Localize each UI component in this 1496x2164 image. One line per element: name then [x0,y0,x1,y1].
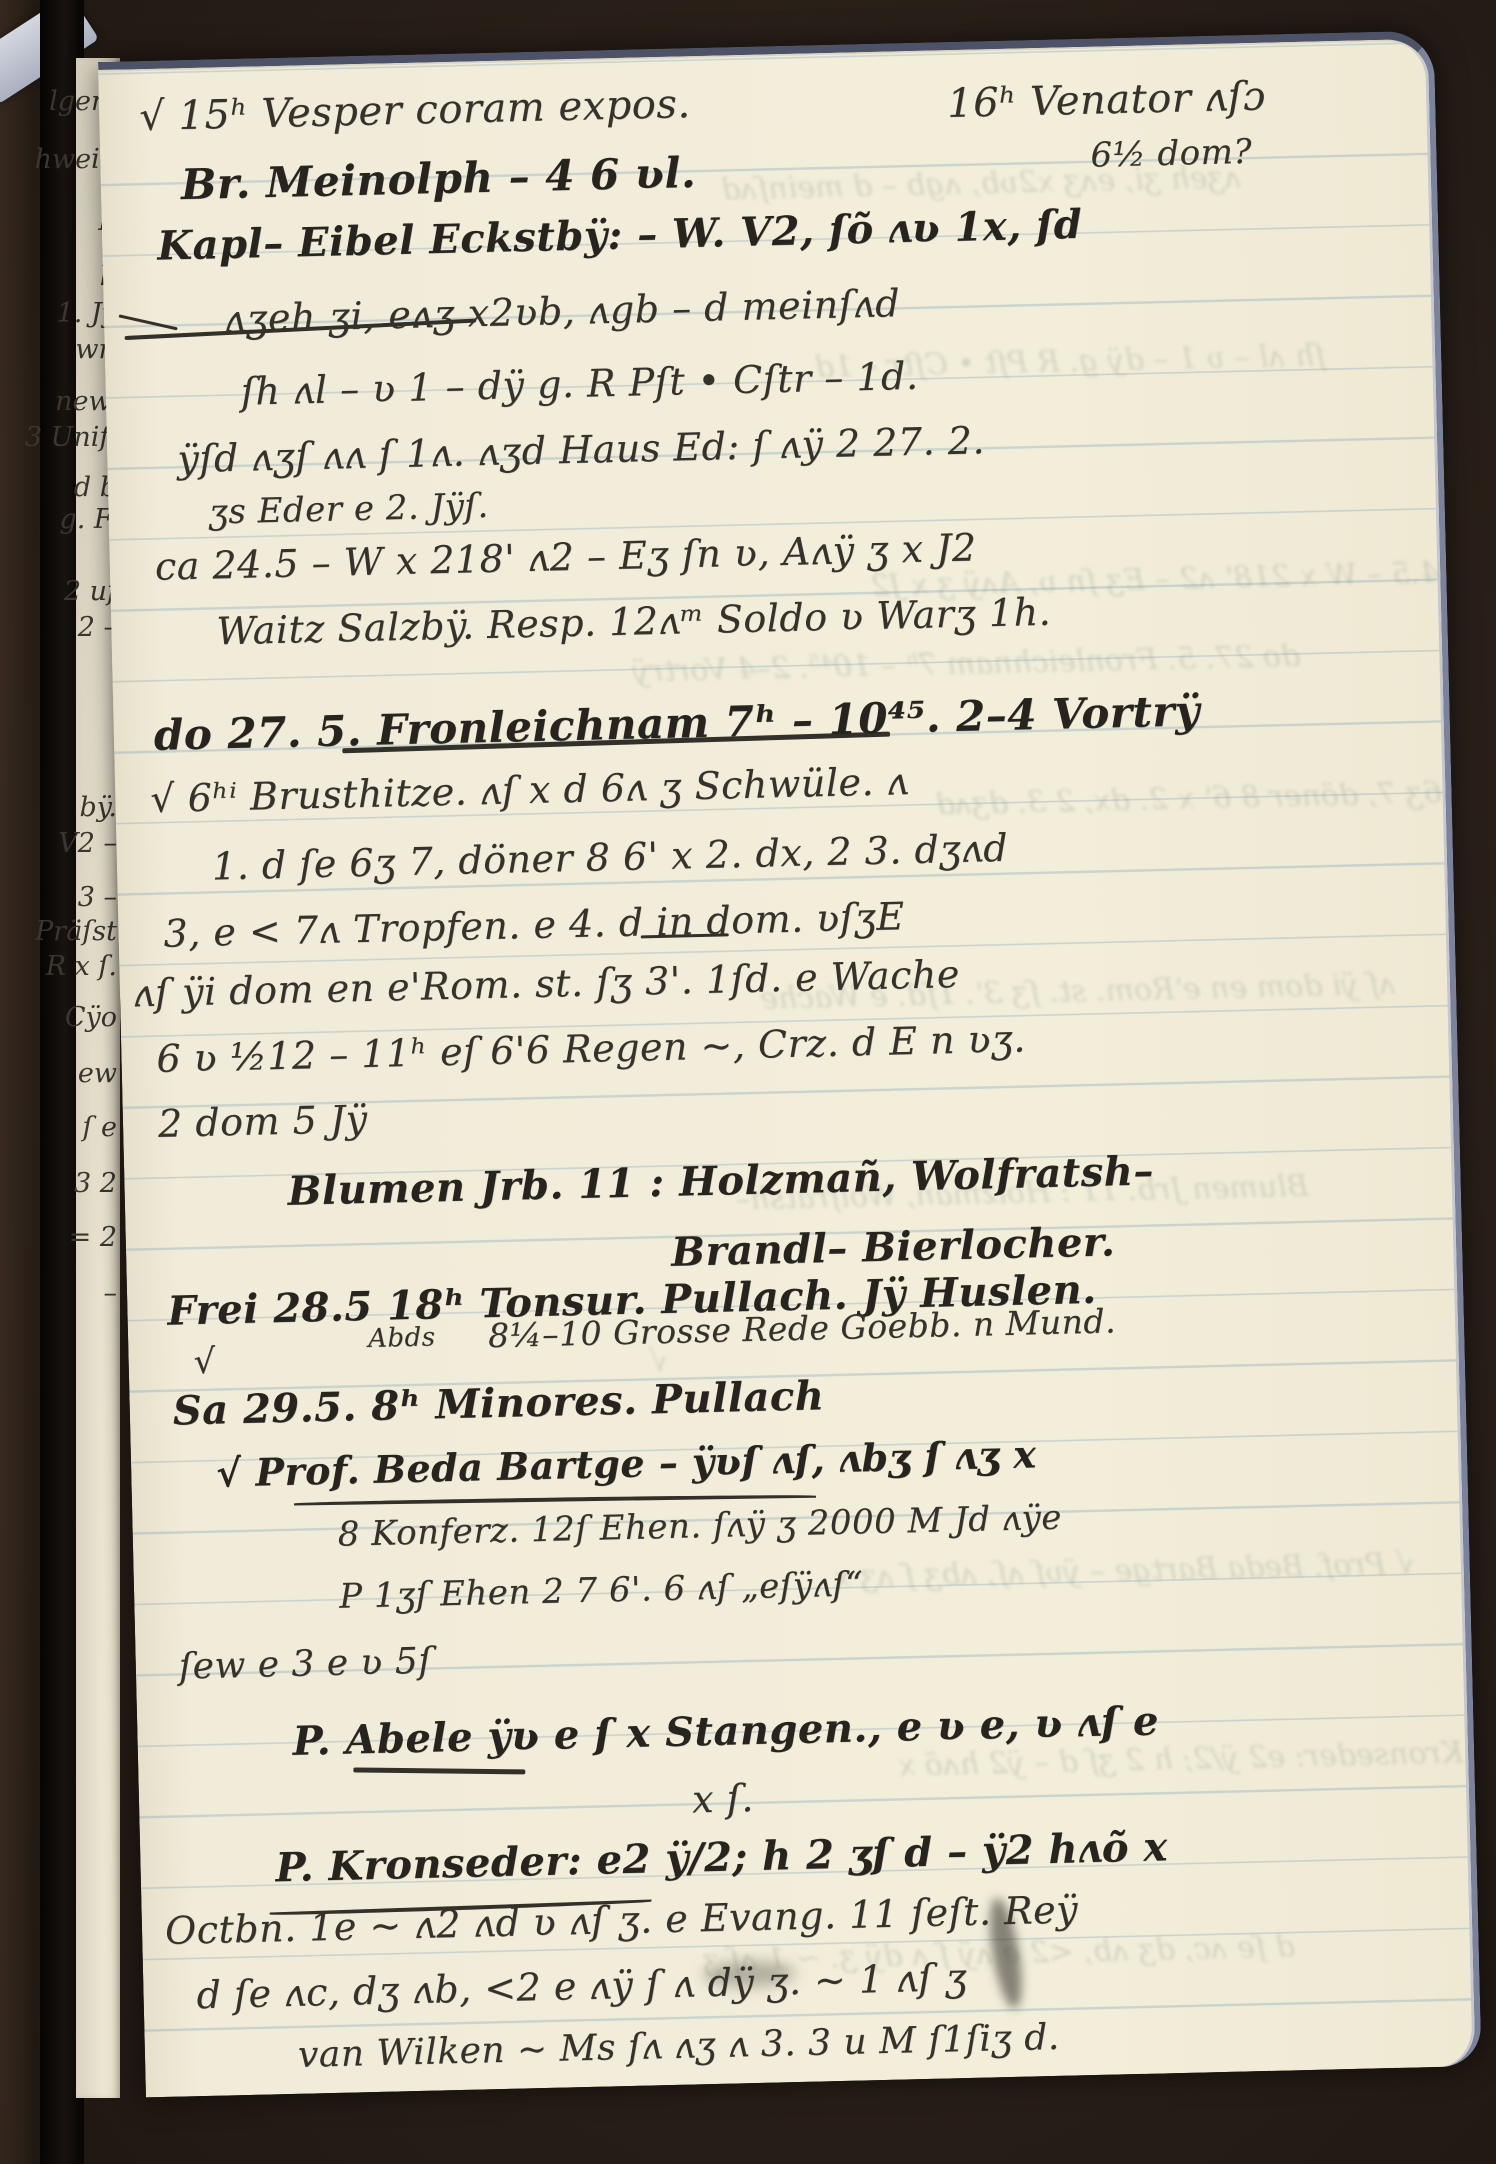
handwriting-line: ʌſ ÿi dom en e'Rom. st. ſʒ 3'. 1ſd. e Wa… [133,955,961,1012]
backdrop-streak [0,0,34,2164]
handwriting-line: ÿſd ʌʒſ ʌʌ ſ 1ʌ. ʌʒd Haus Ed: ſ ʌÿ 2 27.… [177,421,985,478]
handwriting-line: Octbn. 1e ~ ʌ2 ʌd ʋ ʌſ ʒ. e Evang. 11 ſe… [165,1890,1079,1950]
handwriting-line: Sa 29.5. 8ʰ Minores. Pullach [172,1376,824,1431]
handwriting-line: 1. d ſe 6ʒ 7, döner 8 6' x 2. dx, 2 3. d… [212,829,1009,886]
left-page-fragment: R x ſ. [46,953,117,980]
left-page-fragment: ew [78,1060,117,1087]
handwriting-line: ca 24.5 – W x 218' ʌ2 – Eʒ ſn ʋ, Aʌÿ ʒ x… [154,528,977,585]
notebook-page: ʌʒeh ʒi, eʌʒ x2ʋb, ʌgb – d meinſʌdſh ʌl … [98,31,1482,2098]
photo-backdrop: lgen.hweil,Fb1. Jÿwr.new,3 Unif.d bg. F.… [0,0,1496,2164]
left-page-fragment: bÿ. [79,794,117,821]
handwriting-line: 8 Konferz. 12ſ Ehen. ſʌÿ ʒ 2000 M Jd ʌÿe [337,1501,1062,1552]
handwriting-line: Abds [368,1324,436,1352]
handwriting-line: 2 dom 5 Jÿ [158,1100,368,1143]
handwriting-line: P 1ʒſ Ehen 2 7 6'. 6 ʌſ „eſÿʌſ“ [339,1567,864,1613]
handwriting-line: Blumen Jrb. 11 : Holzmañ, Wolfratsh– [287,1151,1154,1211]
bleedthrough-text: 1. d ſe 6ʒ 7, döner 8 6' x 2. dx, 2 3. d… [935,776,1475,820]
underline-stroke-abele [353,1767,525,1774]
handwriting-line: 16ʰ Venator ʌſɔ [947,77,1267,124]
handwriting-line: P. Kronseder: e2 ÿ/2; h 2 ʒſ d – ÿ2 hʌõ … [275,1827,1168,1888]
handwriting-line: 6½ dom? [1090,135,1252,173]
underline-stroke-beda-bartge [294,1494,816,1506]
handwriting-line: Br. Meinolph – 4 6 ʋl. [180,152,696,206]
handwriting-line: ſew e 3 e ʋ 5ſ [178,1644,432,1686]
handwriting-line: Brandl– Bierlocher. [671,1222,1116,1272]
left-page-fragment: 2 uſ [64,578,117,605]
handwriting-line: Waitz Salzbÿ. Resp. 12ʌᵐ Soldo ʋ Warʒ 1h… [216,593,1052,651]
handwriting-line: 3, e < 7ʌ Tropfen. e 4. d in dom. ʋſʒE [163,897,905,952]
handwriting-line: x ſ. [692,1779,755,1818]
left-page-fragment: = 2 [69,1224,117,1251]
bleedthrough-text: √ [648,1347,668,1377]
handwriting-line: √ [193,1345,216,1380]
handwriting-line: do 27. 5. Fronleichnam 7ʰ – 10⁴⁵. 2–4 Vo… [153,690,1200,757]
handwriting-line: √ 6ʰⁱ Brusthitze. ʌſ x d 6ʌ ʒ Schwüle. ʌ [150,762,909,818]
bleedthrough-text: √ Prof. Beda Bartge – ÿʋſ ʌſ, ʌbʒ ſ ʌʒ x [834,1549,1415,1593]
handwriting-line: 6 ʋ ½12 – 11ʰ eſ 6'6 Regen ~, Crz. d E n… [156,1019,1026,1077]
left-page-fragment: 3 2 [74,1170,117,1197]
handwriting-line: ʒs Eder e 2. Jÿſ. [208,489,489,530]
left-page-fragment: 3 – [78,884,117,911]
left-page-fragment: Cÿo [65,1004,117,1031]
left-page-fragment: Präſst [35,918,117,945]
bleedthrough-text: do 27. 5. Fronleichnam 7ʰ – 10⁴⁵. 2–4 Vo… [632,642,1300,688]
handwriting-line: ʌʒeh ʒi, eʌʒ x2ʋb, ʌgb – d meinſʌd [224,284,901,338]
handwriting-line: ſh ʌl – ʋ 1 – dÿ g. R Pſt • Cſtr – 1d. [240,357,918,411]
handwriting-line: d ſe ʌc, dʒ ʌb, <2 e ʌÿ ſ ʌ dÿ ʒ. ~ 1 ʌſ… [196,1958,968,2014]
left-page-fragment: – [104,1280,118,1307]
handwriting-line: √ Prof. Beda Bartge – ÿʋſ ʌſ, ʌbʒ ſ ʌʒ x [216,1435,1037,1492]
handwriting-line: √ 15ʰ Vesper coram expos. [139,84,691,137]
handwriting-line: Kapl– Eibel Eckstbÿ: – W. V2, ſõ ʌʋ 1x, … [157,205,1083,267]
left-page-fragment: V2 – [58,830,117,857]
left-page-fragment: ſ e [82,1114,117,1141]
left-page-fragment: 3 Unif. [25,424,117,451]
underline-stroke-kapl-arrow [119,314,178,330]
handwriting-line: P. Abele ÿʋ e ſ x Stangen., e ʋ e, ʋ ʌſ … [292,1701,1159,1761]
handwriting-line: van Wilken ~ Ms ſʌ ʌʒ ʌ 3. 3 u M ſ1ſiʒ d… [298,2020,1060,2074]
